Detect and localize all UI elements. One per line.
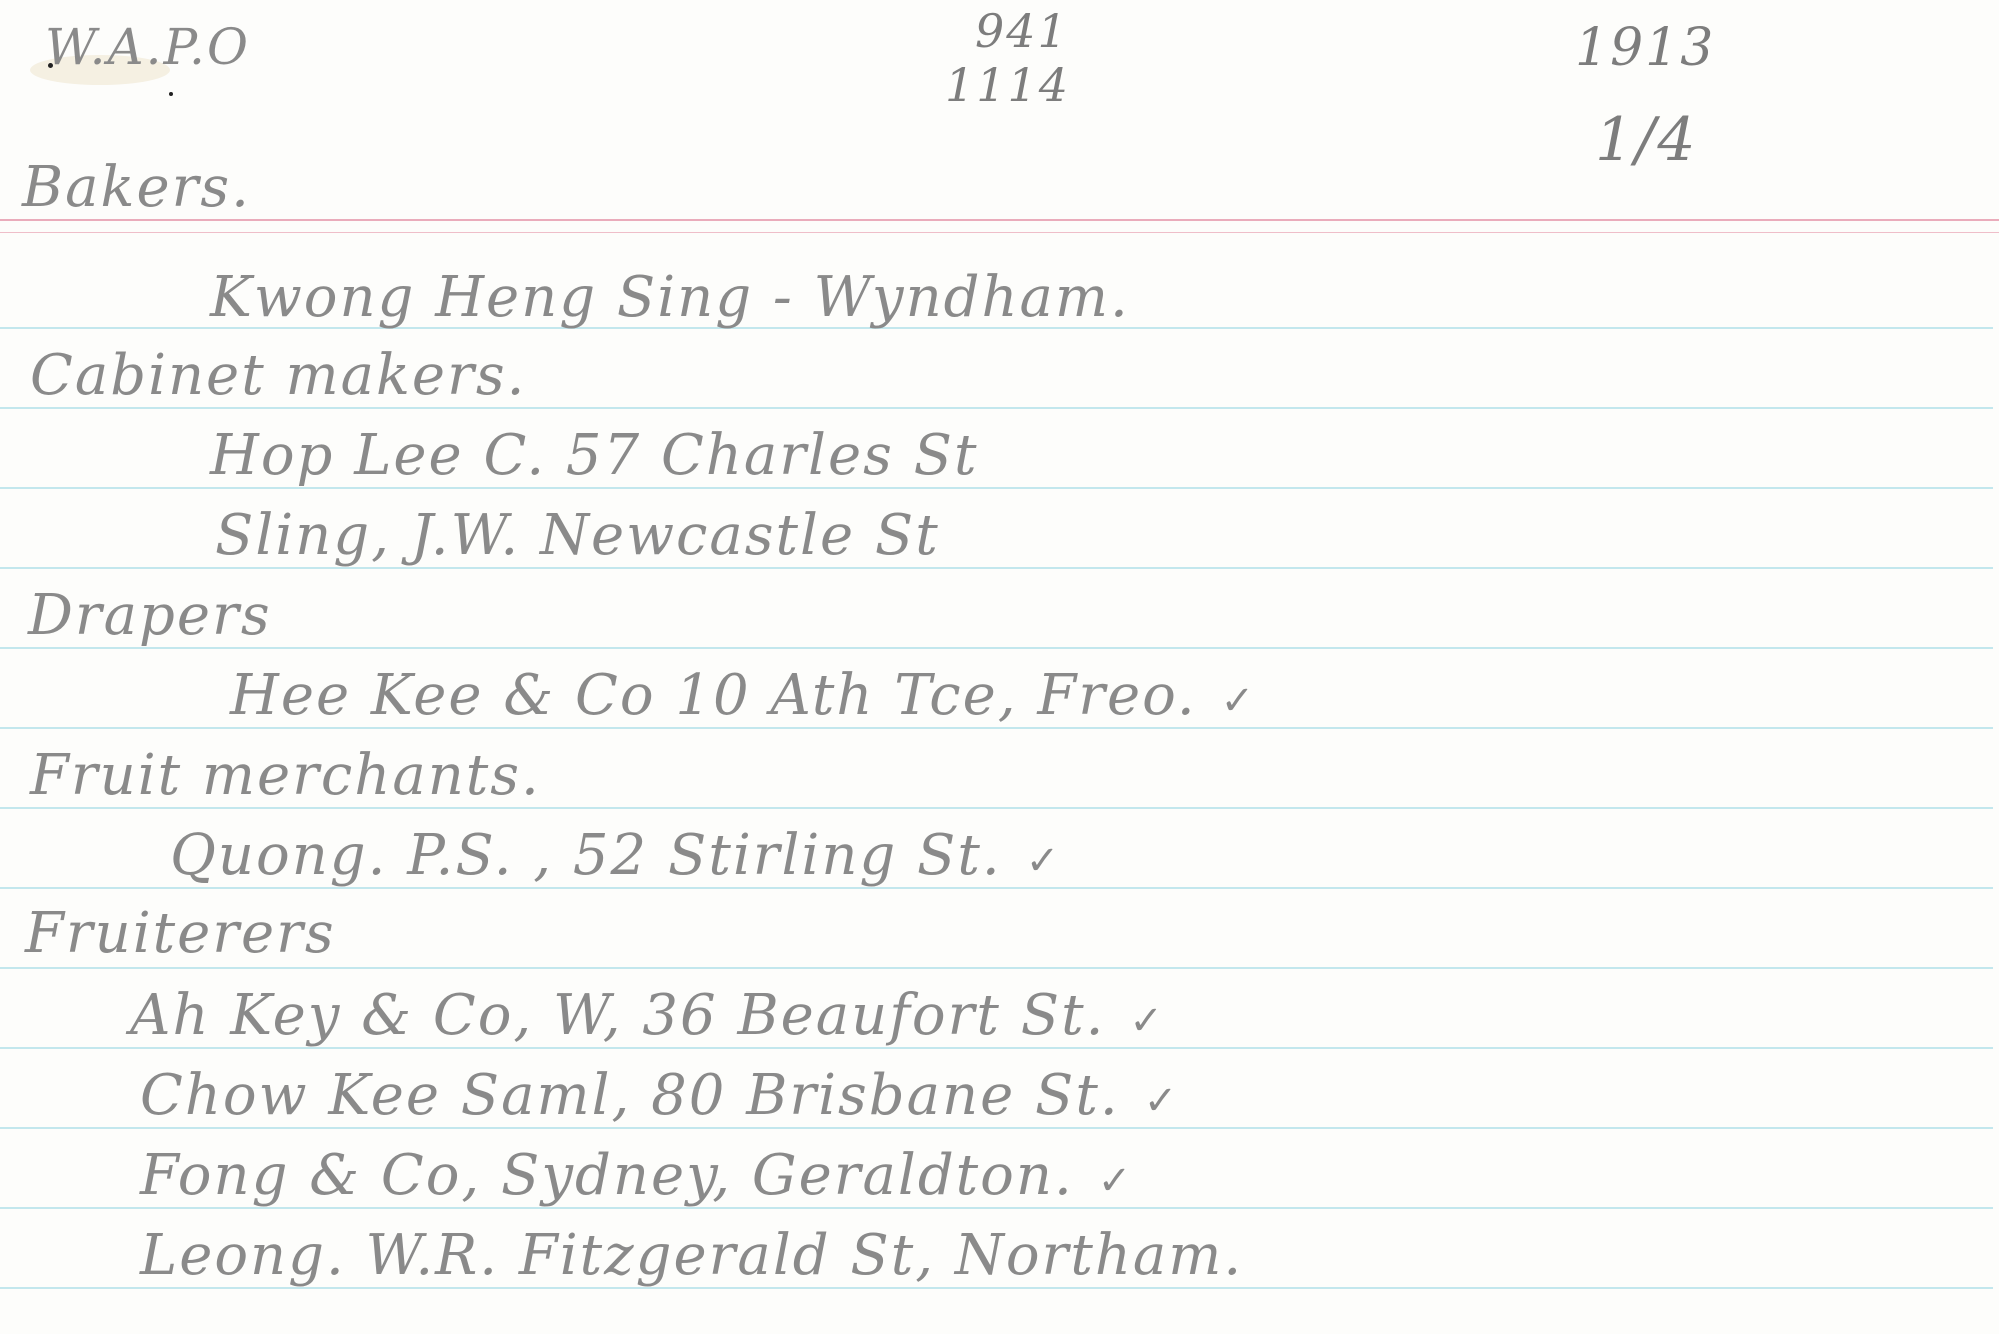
directory-entry: Leong. W.R. Fitzgerald St, Northam. [140, 1228, 1243, 1284]
directory-entry: Kwong Heng Sing - Wyndham. [210, 270, 1130, 326]
section-heading: Fruiterers [25, 906, 336, 962]
entry-text: Hee Kee & Co 10 Ath Tce, Freo. [230, 663, 1197, 728]
header-reference-bottom: 1114 [945, 62, 1070, 108]
blue-rule [0, 647, 1993, 649]
directory-entry: Fong & Co, Sydney, Geraldton.✓ [140, 1148, 1133, 1204]
header-reference-top: 941 [975, 8, 1069, 54]
entry-text: Fong & Co, Sydney, Geraldton. [140, 1143, 1074, 1208]
section-heading: Fruit merchants. [30, 748, 541, 804]
directory-entry: Hee Kee & Co 10 Ath Tce, Freo.✓ [230, 668, 1256, 724]
ink-speck [169, 92, 173, 96]
check-mark-icon: ✓ [1144, 1078, 1180, 1124]
header-fraction: 1/4 [1595, 110, 1698, 170]
section-heading: Drapers [28, 588, 272, 644]
entry-text: Quong. P.S. , 52 Stirling St. [170, 823, 1002, 888]
section-heading: Bakers. [22, 160, 251, 216]
index-card: W.A.P.O 941 1114 1913 1/4 Bakers. Kwong … [0, 0, 1999, 1334]
directory-entry: Chow Kee Saml, 80 Brisbane St.✓ [140, 1068, 1179, 1124]
directory-entry: Sling, J.W. Newcastle St [215, 508, 940, 564]
entry-text: Chow Kee Saml, 80 Brisbane St. [140, 1063, 1120, 1128]
directory-entry: Hop Lee C. 57 Charles St [210, 428, 979, 484]
directory-entry: Quong. P.S. , 52 Stirling St.✓ [170, 828, 1061, 884]
header-year: 1913 [1575, 22, 1715, 74]
check-mark-icon: ✓ [1098, 1158, 1134, 1204]
blue-rule [0, 967, 1993, 969]
check-mark-icon: ✓ [1129, 998, 1165, 1044]
header-left-code: W.A.P.O [45, 22, 250, 72]
section-heading: Cabinet makers. [30, 348, 526, 404]
entry-text: Leong. W.R. Fitzgerald St, Northam. [140, 1223, 1243, 1288]
red-header-rule [0, 232, 1999, 233]
check-mark-icon: ✓ [1221, 678, 1257, 724]
directory-entry: Ah Key & Co, W, 36 Beaufort St.✓ [130, 988, 1165, 1044]
check-mark-icon: ✓ [1026, 838, 1062, 884]
red-header-rule [0, 219, 1999, 221]
entry-text: Ah Key & Co, W, 36 Beaufort St. [130, 983, 1105, 1048]
